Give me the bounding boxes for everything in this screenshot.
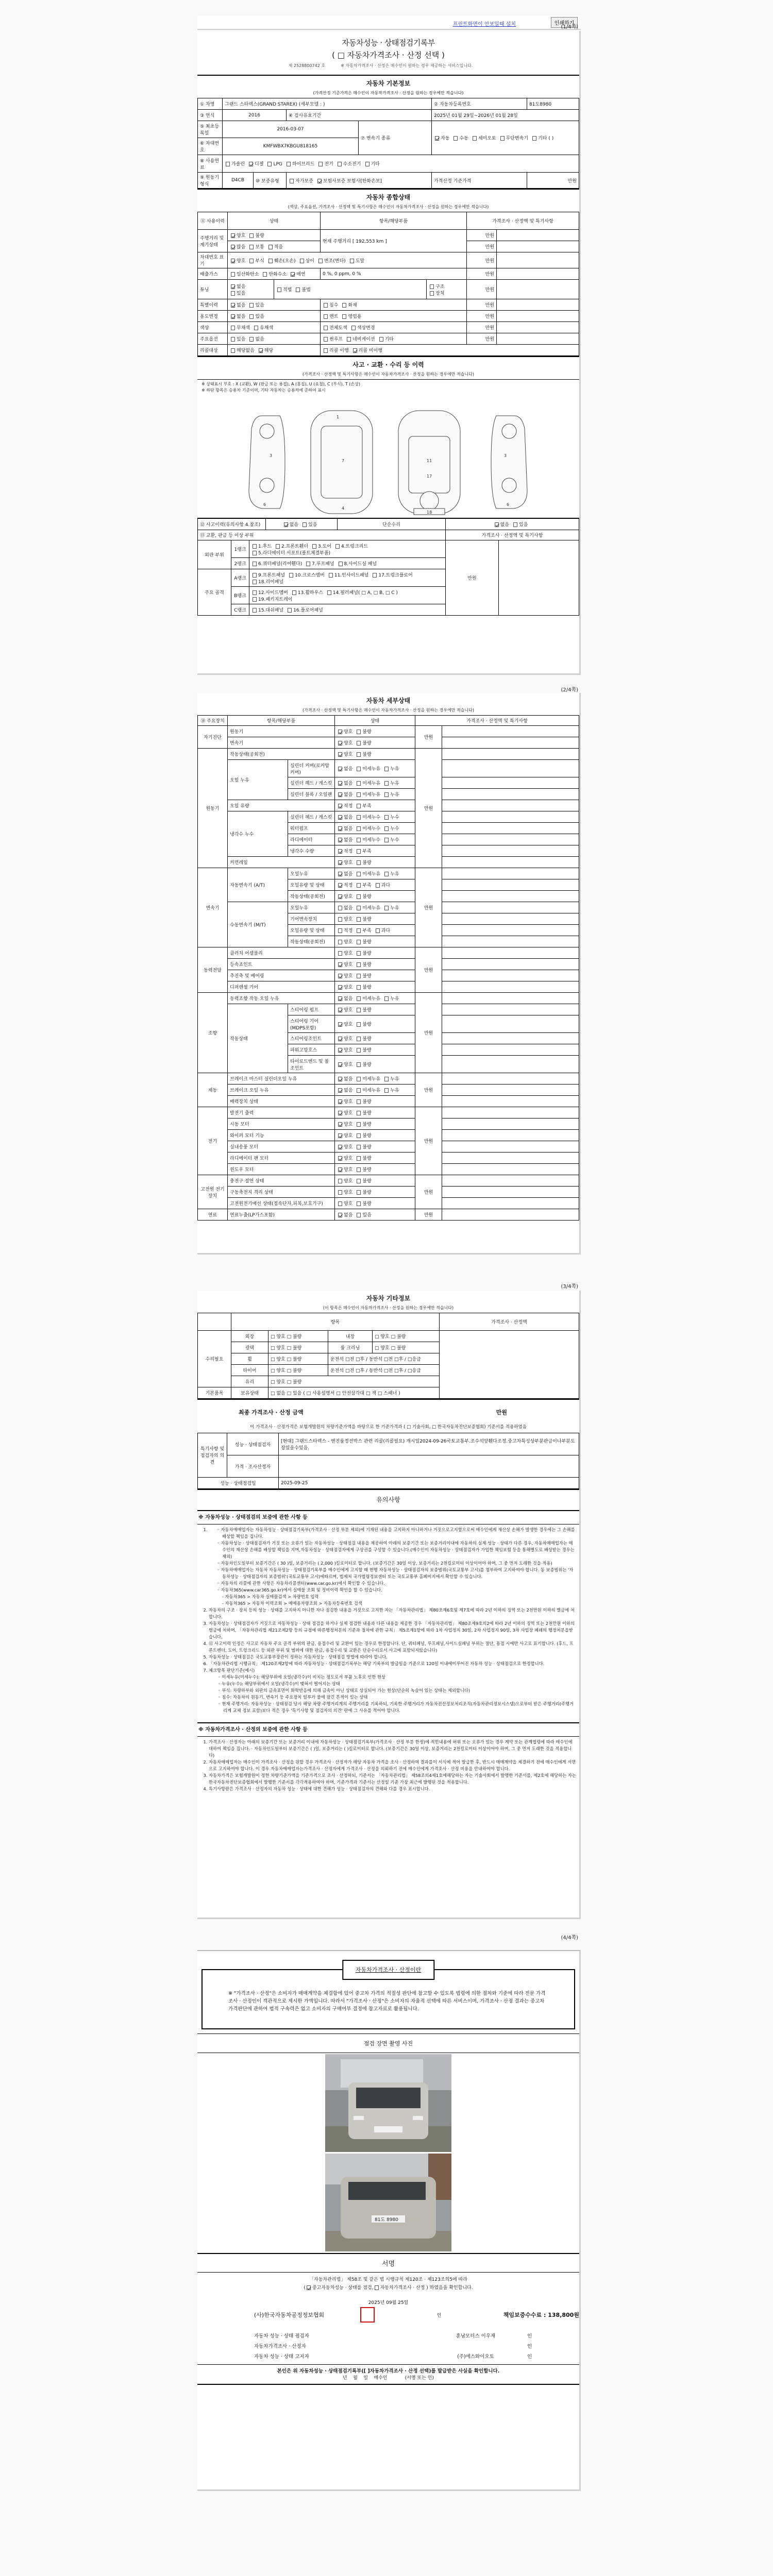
- item-label: 발전기 출력: [228, 1107, 335, 1118]
- note-item: 자동차성능 · 상태점검자가 거짓으로 자동차성능 · 상태 점검을 하거나 실…: [209, 1620, 576, 1640]
- option: 불량: [356, 940, 371, 945]
- usage-items: 렌트영업용: [321, 311, 467, 322]
- checkbox: [338, 872, 342, 876]
- options: □ 양호 □ 불량: [268, 1353, 328, 1365]
- checkbox: [342, 303, 346, 308]
- checkbox: [338, 974, 342, 978]
- item-label: 변속기: [228, 737, 335, 749]
- status-options: 양호불량: [335, 857, 415, 868]
- table-row: 브레이크 오일 누유없음미세누유누유: [198, 1084, 579, 1096]
- status-options: 양호불량: [335, 1096, 415, 1107]
- checkbox: [357, 1122, 361, 1127]
- status-options: 없음있음: [335, 1209, 415, 1221]
- label: 타이어: [231, 1365, 268, 1376]
- section-subtitle: (이 항목은 매수인이 자동차가격조사 · 산정을 원하는 경우에만 적습니다): [197, 1302, 579, 1313]
- svg-text:4: 4: [342, 506, 344, 511]
- checkbox: [335, 544, 340, 549]
- checkbox: [324, 337, 328, 342]
- section-title: 자동차 종합상태: [197, 190, 579, 201]
- checkbox: [263, 272, 267, 277]
- section-title: 자동차 세부상태: [197, 693, 579, 705]
- checkbox: [338, 1077, 342, 1081]
- checkbox: [357, 1179, 361, 1183]
- checkbox: [249, 245, 254, 249]
- option: 없음: [337, 792, 352, 798]
- section-title: 사고 · 교환 · 수리 등 이력: [197, 357, 579, 369]
- table-row: 실내송풍 모터양호불량: [198, 1141, 579, 1153]
- checkbox: [231, 337, 235, 342]
- checkbox: [338, 1122, 342, 1127]
- price-cell: 만원: [415, 1209, 442, 1221]
- sub-item-label: 스티어링조인트: [288, 1033, 335, 1044]
- checkbox: [303, 522, 307, 527]
- option: 없음: [337, 872, 352, 877]
- definition-box: 자동차가격조사 · 산정이란 ※ "가격조사 · 산정"은 소비자가 매매계약을…: [201, 1969, 575, 2029]
- option: 양호: [337, 974, 352, 979]
- checkbox: [357, 1048, 361, 1053]
- emission-values: 0 %, 0 ppm, 0 %: [321, 268, 467, 280]
- page-2: 자동차 세부상태 (가격조사 · 산정액 및 특기사항은 매수인이 자동차가격조…: [197, 693, 581, 1255]
- status-options: 양호불량: [335, 726, 415, 737]
- remark-cell: [442, 1164, 579, 1175]
- svg-text:1: 1: [337, 415, 339, 419]
- color-items: 전체도색색상변경: [321, 322, 467, 333]
- remark-cell: [442, 834, 579, 845]
- label: 수리필요: [198, 1331, 231, 1387]
- checkbox: [357, 1022, 361, 1027]
- remark-cell: [442, 902, 579, 913]
- option: 미세누수: [356, 815, 380, 820]
- option: 양호: [337, 940, 352, 945]
- checkbox: [249, 259, 254, 263]
- vin: KMFWBX7KBGU818165: [223, 138, 359, 155]
- options: 운전석 □전 □후 / 동반석 □전 □후 / □응급: [328, 1365, 440, 1376]
- option: 양호: [337, 1122, 352, 1127]
- checkbox: [379, 337, 383, 342]
- checkbox: [338, 1179, 342, 1183]
- option: 누유: [383, 1088, 399, 1093]
- status-options: 적정부족과다: [335, 925, 415, 936]
- price-cell: 만원: [415, 868, 442, 947]
- warranty-fee: 책임보증수수료 : 138,800원: [503, 2311, 579, 2319]
- checkbox: [338, 1111, 342, 1115]
- option: 적정: [337, 928, 352, 934]
- remark-cell: [442, 1198, 579, 1209]
- option: 미세누수: [356, 838, 380, 843]
- label: ④ 검사유효기간: [287, 110, 432, 121]
- checkbox: [357, 1201, 361, 1206]
- option: 자동: [434, 136, 449, 141]
- option: 보통: [248, 245, 264, 250]
- checkbox: [329, 573, 333, 578]
- print-plugin-install-link[interactable]: 프린트화면이 안보일때 설치: [453, 20, 516, 27]
- checkbox: [338, 996, 342, 1001]
- remark-cell: [442, 857, 579, 868]
- status-options: 적정부족과다: [335, 879, 415, 891]
- option: 양호: [337, 1190, 352, 1195]
- car-diagram-icon: 3174 111718366: [197, 395, 581, 519]
- option: 불량: [356, 1022, 371, 1027]
- option: 누유: [383, 1077, 399, 1082]
- checkbox: [231, 284, 235, 289]
- label: 가격산정 기준가격: [432, 173, 527, 189]
- status-options: 양호불량: [335, 1033, 415, 1044]
- table-row: 고전원 전기장치충전구 절연 상태양호불량만원: [198, 1175, 579, 1187]
- option: 누수: [383, 826, 399, 832]
- sub-item-label: 작동상태(공회전): [288, 936, 335, 947]
- sub-item-label: 실린더 블록 / 오일팬: [288, 789, 335, 800]
- sub-item-label: 오일누유: [288, 868, 335, 879]
- option: 장치: [429, 291, 444, 296]
- notes: ※ 자동차성능 · 상태점검의 보증에 관한 사항 등 자동차매매업자는 자동차…: [197, 1508, 579, 1798]
- group-label: 연료: [198, 1209, 228, 1221]
- part-option: 9.프론트패널: [251, 573, 285, 578]
- rank-parts: 9.프론트패널10.크로스멤버11.인사이드패널17.트렁크플로어18.리어패널: [249, 569, 446, 587]
- checkbox: [357, 730, 361, 734]
- remark-cell: [442, 1056, 579, 1073]
- part-option: 10.크로스멤버: [288, 573, 325, 578]
- options: □ 없음 □ 있음 ( □ 사용설명서 □ 안전삼각대 □ 잭 □ 스패너 ): [268, 1387, 440, 1399]
- sub-item-label: 스티어링 기어(MDPS포함): [288, 1015, 335, 1033]
- table-row: 오일 누유실린더 커버(로커암 커버)없음미세누유누유: [198, 760, 579, 777]
- option: 있음: [512, 522, 528, 528]
- checkbox: [253, 544, 257, 549]
- checkbox: [318, 162, 323, 166]
- option: 양호: [337, 1145, 352, 1150]
- table-row: 전기발전기 출력양호불량만원: [198, 1107, 579, 1118]
- item-label: 브레이크 오일 누유: [228, 1084, 335, 1096]
- remark-cell: [442, 879, 579, 891]
- group-label: 원동기: [198, 749, 228, 868]
- checkbox: [338, 906, 342, 910]
- part-option: 4.트렁크리드: [334, 544, 368, 549]
- organization: (사)한국자동차공정정보협회: [254, 2311, 324, 2319]
- table-row: 구동축전지 격리 상태양호불량: [198, 1187, 579, 1198]
- checkbox: [384, 1077, 389, 1081]
- note-item: 자동차의 구조 · 장치 등의 성능 · 상태를 고지하지 아니한 자나 점검한…: [209, 1607, 576, 1620]
- svg-text:17: 17: [427, 474, 432, 479]
- status-options: 적정부족: [335, 845, 415, 857]
- svg-text:11: 11: [427, 459, 432, 463]
- checkbox: [324, 326, 328, 330]
- checkbox: [338, 985, 342, 990]
- note-item: 특기사항란은 가격조사 · 산정자의 자동차 성능 · 상태에 대한 견해가 성…: [209, 1786, 576, 1792]
- note-item: 체크항목 판단기준(예시): [209, 1667, 576, 1674]
- group-label: 자기진단: [198, 726, 228, 749]
- part-option: 14.필러패널( □ A, □ B, □ C ): [326, 590, 398, 596]
- header: 상태: [335, 716, 415, 726]
- toolbar: 프린트화면이 안보일때 설치 인쇄하기: [197, 15, 581, 30]
- car-diagram: ※ 상태표시 부호 : X (교환), W (판금 또는 용접), A (흠집)…: [197, 379, 579, 518]
- remark-cell: [442, 777, 579, 789]
- car-name: 그랜드 스타렉스(GRAND STAREX) (세부모델 : ): [223, 98, 432, 110]
- section-subtitle: (색상, 주요옵션, 가격조사 · 산정액 및 특기사항은 매수인이 자동차가격…: [197, 201, 579, 212]
- remark-cell: [442, 1107, 579, 1118]
- checkbox: [338, 951, 342, 956]
- options: □ 양호 □ 불량: [373, 1342, 440, 1353]
- item-label: 작동상태: [228, 1004, 288, 1073]
- definition-text: ※ "가격조사 · 산정"은 소비자가 매매계약을 체결함에 있어 중고차 가격…: [228, 1990, 548, 2013]
- svg-text:3: 3: [270, 453, 272, 458]
- checkbox: [347, 337, 351, 342]
- checkbox: [339, 562, 343, 566]
- option: 양호: [337, 752, 352, 757]
- option: 미세누수: [356, 826, 380, 832]
- checkbox: [338, 1008, 342, 1012]
- text: 중고자동차성능 · 상태를 점검,: [312, 2285, 374, 2291]
- checkbox: [324, 314, 328, 319]
- checkbox: [350, 259, 354, 263]
- table-row: 등속죠인트양호불량: [198, 959, 579, 970]
- note-item: 가격조사 · 산정자는 아래의 보증기간 또는 보증거리 이내에 자동차성능 ·…: [209, 1739, 576, 1759]
- option: 미세누유: [356, 1077, 380, 1082]
- checkbox: [317, 179, 322, 183]
- color-options: 무채색유채색: [228, 322, 321, 333]
- option: 불량: [356, 917, 371, 922]
- header: ⑪ 사용이력: [198, 212, 228, 230]
- option: 유채색: [253, 326, 273, 331]
- option: 누유: [383, 872, 399, 877]
- option: 자가보증: [289, 179, 313, 184]
- option: 없음: [337, 1088, 352, 1093]
- label: 룸 크리닝: [328, 1342, 373, 1353]
- option: 불량: [356, 1037, 371, 1042]
- status-options: 양호불량: [335, 749, 415, 760]
- status-options: 양호불량: [335, 1107, 415, 1118]
- signer-role: 자동차 성능 · 상태 점검자: [254, 2332, 424, 2339]
- checkbox: [306, 562, 310, 566]
- checkbox: [268, 245, 273, 249]
- table-row: 냉각수 누수실린더 헤드 / 개스킷없음미세누수누수: [198, 811, 579, 823]
- option: 누유: [383, 906, 399, 911]
- item-label: 오일 누유: [228, 760, 288, 800]
- table-row: 시동 모터양호불량: [198, 1118, 579, 1130]
- option: 불량: [356, 974, 371, 979]
- note-item: 현재 주행거리: 자동차성능 · 상태점검 당시 해당 차량 주행거리계의 주행…: [223, 1701, 576, 1714]
- opinion-table: 특기사항 및 점검자의 의견성능 · 상태점검자[현대] 그랜드스타렉스 - 엔…: [197, 1433, 579, 1489]
- svg-text:3: 3: [504, 453, 507, 458]
- part-option: 7.루프패널: [305, 562, 334, 567]
- option: 적정: [337, 849, 352, 854]
- option: 양호: [230, 259, 245, 264]
- final-price: 최종 가격조사 · 산정 금액 만원: [197, 1399, 579, 1421]
- option: 누수: [383, 815, 399, 820]
- warranty-options: 자가보증보험사보증 보험사[한화손보]: [287, 173, 432, 189]
- signature-date: 2025년 09월 25일: [197, 2299, 579, 2306]
- option: 없음: [230, 314, 245, 319]
- checkbox: [357, 917, 361, 922]
- checkbox: [357, 804, 361, 808]
- label: 성능 · 상태점검일: [198, 1478, 279, 1489]
- checkbox: [338, 1190, 342, 1195]
- remark-cell: [442, 726, 579, 737]
- checkbox: [376, 883, 380, 888]
- option: 가솔린: [225, 162, 245, 167]
- option: 없음: [337, 838, 352, 843]
- status-options: 양호불량: [335, 1164, 415, 1175]
- part-option: 1.후드: [251, 544, 272, 549]
- option: 훼손(오손): [267, 259, 296, 264]
- checkbox: [353, 348, 357, 353]
- label: 외장: [231, 1331, 268, 1342]
- option: 미세누유: [356, 792, 380, 798]
- table-row: 변속기자동변속기 (A/T)오일누유없음미세누유누유만원: [198, 868, 579, 879]
- option: 불량: [248, 233, 264, 239]
- checkbox: [375, 2285, 379, 2290]
- document-header: 자동차성능 · 상태점검기록부 ( □ 자동차가격조사 · 산정 선택 ) 제 …: [197, 31, 579, 69]
- status-options: 양호불량: [335, 1056, 415, 1073]
- label: 차대번호 표기: [198, 252, 228, 268]
- registration-number: 81도8980: [527, 98, 579, 110]
- note-item: 부식: 차량하부와 외판의 금속표면이 화학반응에 의해 금속이 아닌 상태로 …: [223, 1687, 576, 1694]
- option: 양호: [337, 741, 352, 746]
- remark-cell: [442, 760, 579, 777]
- status-options: 없음미세누유누유: [335, 902, 415, 913]
- option: 적음: [267, 245, 283, 250]
- remark-cell: [442, 1015, 579, 1033]
- table-row: 고전원전기배선 상태(접속단자,피복,보호기구)양호불량: [198, 1198, 579, 1209]
- status-options: 양호불량: [335, 1187, 415, 1198]
- legend: ※ 하단 항목은 승용차 기준이며, 기타 자동차는 승용차에 준하여 표시: [201, 387, 575, 394]
- emission-options: 일산화탄소탄화수소매연: [228, 268, 321, 280]
- option: 해당없음: [230, 348, 255, 353]
- options: □ 양호 □ 불량: [268, 1331, 328, 1342]
- table-row: 동력전달클러치 어셈블리양호불량만원: [198, 947, 579, 959]
- checkbox: [253, 580, 257, 584]
- model-year: 2016: [223, 110, 287, 121]
- status-options: 양호불량: [335, 959, 415, 970]
- option: 불량: [356, 1201, 371, 1207]
- label: ③ 연식: [198, 110, 223, 121]
- document-title: 자동차성능 · 상태점검기록부: [197, 37, 579, 48]
- checkbox: [357, 940, 361, 944]
- checkbox: [338, 838, 342, 842]
- checkbox: [338, 894, 342, 899]
- checkbox: [357, 962, 361, 967]
- header: ⑭ 주요장치: [198, 716, 228, 726]
- checkbox: [357, 815, 361, 820]
- checkbox: [290, 179, 294, 183]
- option: 없음: [337, 767, 352, 772]
- page-3: 자동차 기타정보 (이 항목은 매수인이 자동차가격조사 · 산정을 원하는 경…: [197, 1291, 581, 1919]
- note-item: 자동차매매업자는 자동차성능 · 상태점검기록부(가격조사 · 산정 부분 제외…: [222, 1527, 576, 1540]
- option: 없음: [248, 337, 264, 342]
- special-history: 없음있음: [228, 299, 321, 311]
- svg-text:7: 7: [342, 459, 344, 463]
- part-option: 6.쿼터패널(리어휀다): [251, 562, 302, 567]
- signer-row: 자동차가격조사 · 산정자인: [197, 2341, 579, 2351]
- checkbox: [338, 940, 342, 944]
- option: 양호: [337, 985, 352, 990]
- price-cell: 만원: [415, 947, 442, 993]
- final-price-value: 만원: [496, 1408, 507, 1416]
- inspection-photo-2: 81도 8980: [325, 2154, 451, 2251]
- part-option: 11.인사이드패널: [328, 573, 368, 578]
- option: 불량: [356, 894, 371, 900]
- item-label: 커먼레일: [228, 857, 335, 868]
- item-label: 클러치 어셈블리: [228, 947, 335, 959]
- rank-label: 1랭크: [231, 540, 249, 558]
- status-options: 없음미세누유누유: [335, 993, 415, 1004]
- checkbox: [289, 573, 293, 578]
- remark-cell: [442, 936, 579, 947]
- status-options: 양호불량: [335, 936, 415, 947]
- option: 화재: [341, 303, 357, 308]
- checkbox: [365, 162, 369, 166]
- remark-cell: [442, 845, 579, 857]
- checkbox: [338, 826, 342, 831]
- group-label: 전기: [198, 1107, 228, 1175]
- option: 불량: [356, 1133, 371, 1139]
- option: 누수: [383, 838, 399, 843]
- item-label: 시동 모터: [228, 1118, 335, 1130]
- group-label: 동력전달: [198, 947, 228, 993]
- option: 없음: [337, 815, 352, 820]
- checkbox: [338, 1167, 342, 1172]
- status-options: 양호불량: [335, 1175, 415, 1187]
- table-row: 커먼레일양호불량: [198, 857, 579, 868]
- status-options: 없음미세누유누유: [335, 1073, 415, 1084]
- accident-section: 사고 · 교환 · 수리 등 이력 (가격조사 · 산정액 및 특기사항은 매수…: [197, 356, 579, 379]
- checkbox: [338, 804, 342, 808]
- checkbox: [327, 590, 331, 595]
- checkbox: [338, 1048, 342, 1053]
- signer-name: [424, 2342, 527, 2349]
- checkbox: [338, 962, 342, 967]
- sub-item-label: 오일유량 및 상태: [288, 879, 335, 891]
- option: 없음: [283, 522, 298, 528]
- checkbox: [249, 233, 254, 238]
- checkbox: [338, 1213, 342, 1217]
- sub-item-label: 타이로드엔드 및 볼 조인트: [288, 1056, 335, 1073]
- checkbox: [357, 860, 361, 865]
- label: 리콜대상: [198, 345, 228, 356]
- note-item: 「자동차관리법 시행규칙」 제120조제2항에 따라 자동차성능 · 상태점검기…: [209, 1660, 576, 1667]
- inspection-photo-1: [325, 2054, 451, 2152]
- option: 전기: [317, 162, 333, 167]
- option: 부족: [356, 928, 371, 934]
- option: 불량: [356, 1167, 371, 1173]
- checkbox: [292, 590, 296, 595]
- checkbox: [357, 1008, 361, 1012]
- engine-type: D4CB: [223, 173, 254, 189]
- overall-condition-table: ⑪ 사용이력상태항목/해당부품가격조사 · 산정액 및 특기사항 주행거리 및 …: [197, 212, 579, 356]
- option: 양호: [337, 1156, 352, 1161]
- section-title: 자동차 기타정보: [197, 1291, 579, 1302]
- recall-target: 해당없음해당: [228, 345, 321, 356]
- option: 부족: [356, 849, 371, 854]
- option: 미세누유: [356, 906, 380, 911]
- header: 항목: [231, 1313, 440, 1331]
- checkbox: [430, 284, 434, 289]
- checkbox: [357, 883, 361, 888]
- page-4: 자동차가격조사 · 산정이란 ※ "가격조사 · 산정"은 소비자가 매매계약을…: [197, 1950, 581, 2491]
- item-label: 동력조향 작동 오일 누유: [228, 993, 335, 1004]
- label: 성능 · 상태점검자: [227, 1433, 279, 1455]
- option: 양호: [337, 1062, 352, 1067]
- part-option: 12.사이드멤버: [251, 590, 288, 596]
- item-label: 냉각수 누수: [228, 811, 288, 857]
- option: 적법: [276, 287, 292, 293]
- label: 배출가스: [198, 268, 228, 280]
- car-photo-icon: 81도 8980: [325, 2154, 451, 2251]
- remark-cell: [442, 981, 579, 993]
- item-label: 디퍼렌셜 기어: [228, 981, 335, 993]
- remark-cell: [442, 811, 579, 823]
- price-cell: 만원: [415, 993, 442, 1073]
- price-cell: 만원: [467, 333, 497, 345]
- option: 양호: [337, 1133, 352, 1139]
